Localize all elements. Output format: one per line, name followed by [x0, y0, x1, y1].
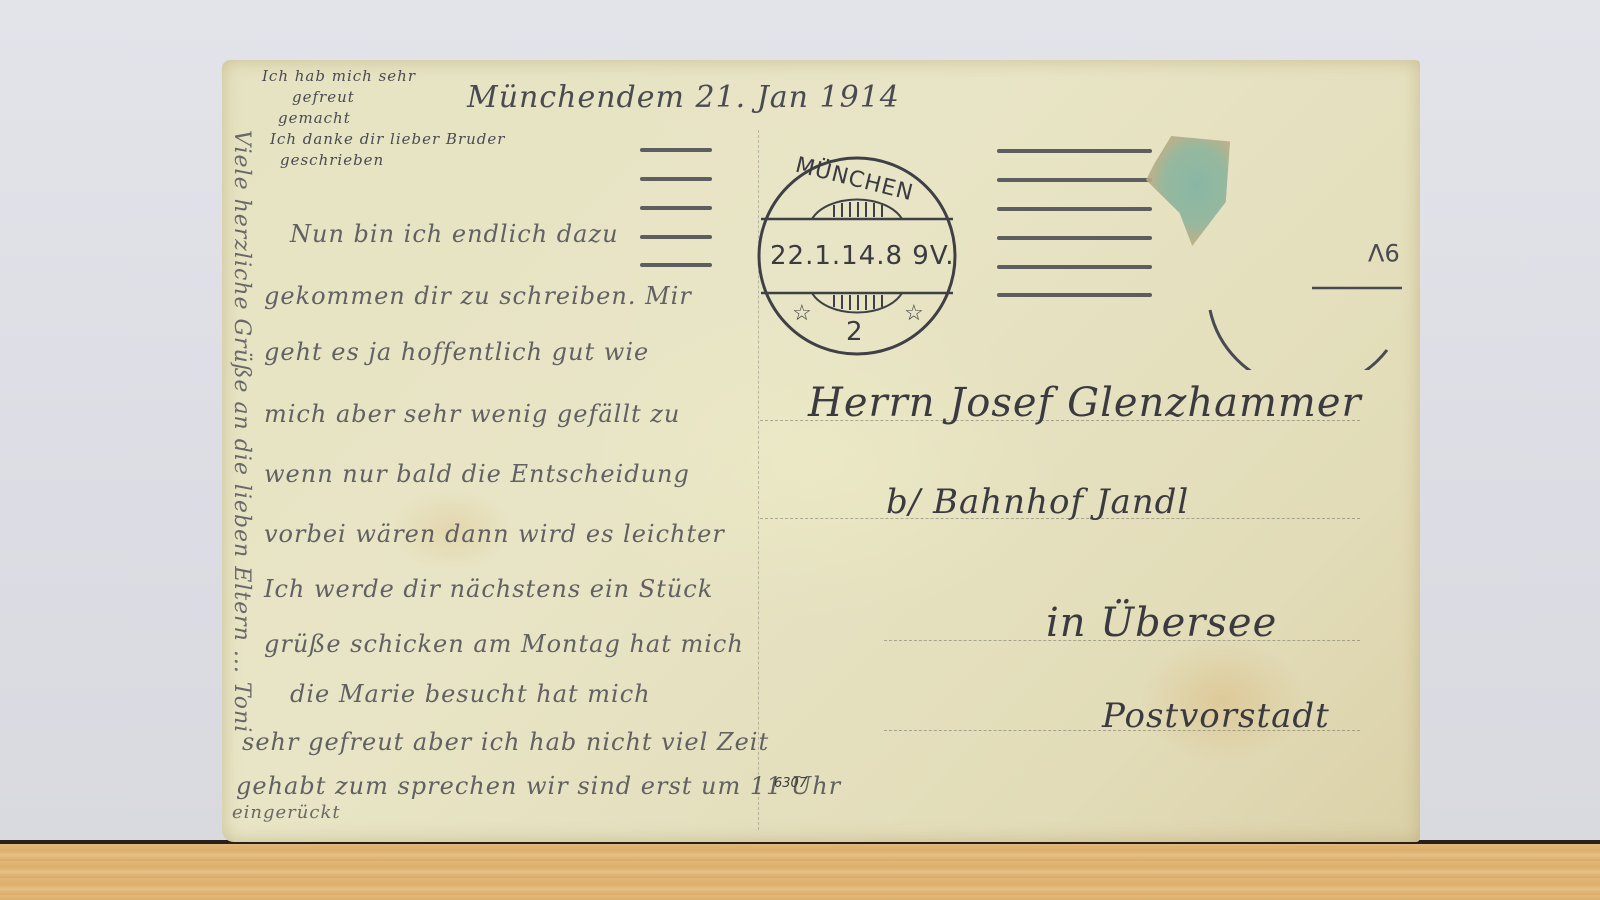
message-line: gehabt zum sprechen wir sind erst um 11 …	[236, 772, 841, 800]
message-line: Ich werde dir nächstens ein Stück	[264, 575, 713, 603]
recipient-town: in Übersee	[1046, 600, 1277, 646]
message-line: vorbei wären dann wird es leichter	[264, 520, 725, 548]
message-line: mich aber sehr wenig gefällt zu	[264, 400, 680, 428]
message-line: grüße schicken am Montag hat mich	[264, 630, 744, 658]
message-line: wenn nur bald die Entscheidung	[264, 460, 690, 488]
message-line: sehr gefreut aber ich hab nicht viel Zei…	[242, 728, 769, 756]
wooden-shelf	[0, 844, 1600, 900]
side-note: Viele herzliche Grüße an die lieben Elte…	[229, 130, 254, 733]
recipient-line-4: Postvorstadt	[1102, 696, 1330, 736]
munich-postmark: MÜNCHEN 22.1.14.8 9V. ☆ ☆ 2	[754, 153, 960, 359]
message-line: gekommen dir zu schreiben. Mir	[264, 282, 692, 310]
corner-note-line: Ich danke dir lieber Bruder	[262, 129, 505, 150]
message-line: Nun bin ich endlich dazu	[290, 220, 619, 248]
message-line: die Marie besucht hat mich	[290, 680, 651, 708]
recipient-name: Herrn Josef Glenzhammer	[808, 380, 1362, 426]
footer-line: eingerückt	[232, 802, 341, 823]
corner-note-line: geschrieben	[262, 150, 505, 171]
partial-postmark-text: 9V	[1368, 238, 1400, 266]
postcard: Ich hab mich sehr gefreut gemacht Ich da…	[222, 60, 1420, 842]
recipient-line-2: b/ Bahnhof Jandl	[886, 482, 1189, 522]
postmark-office-number: 2	[846, 317, 863, 347]
star-icon: ☆	[792, 301, 812, 326]
postmark-date: 22.1.14.8 9V.	[770, 241, 955, 271]
star-icon: ☆	[904, 301, 924, 326]
message-line: geht es ja hoffentlich gut wie	[264, 338, 649, 366]
catalog-number: 6307	[774, 776, 807, 791]
date-line: Münchendem 21. Jan 1914	[467, 80, 900, 115]
